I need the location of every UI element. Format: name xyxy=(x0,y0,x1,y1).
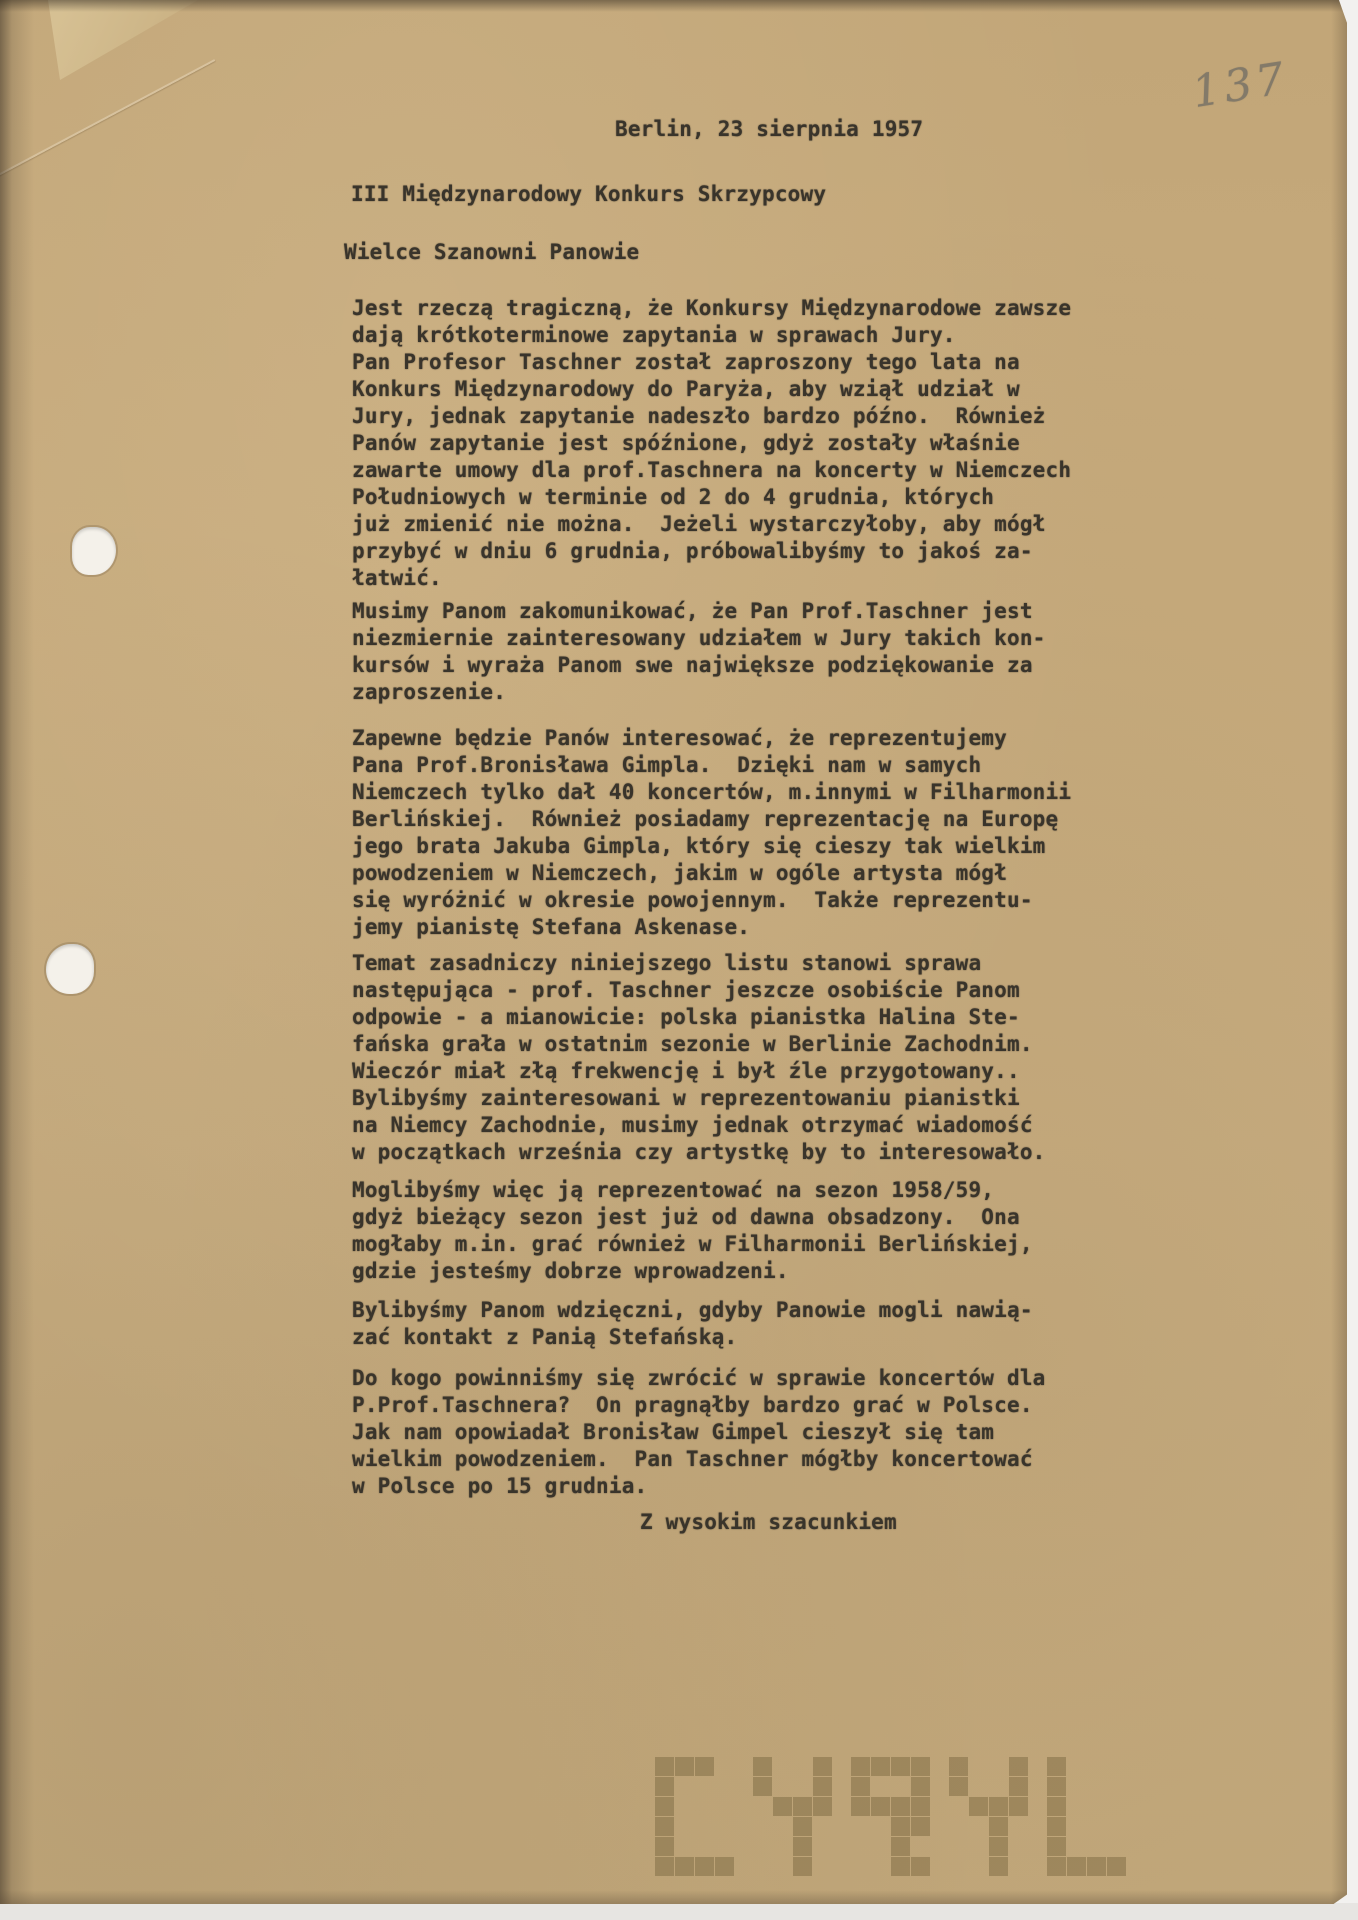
text-line: jego brata Jakuba Gimpla, który się cies… xyxy=(352,833,1071,860)
text-line: mogłaby m.in. grać również w Filharmonii… xyxy=(352,1231,1033,1258)
paper-edge-bottom xyxy=(0,1890,1347,1904)
text-line: jemy pianistę Stefana Askenase. xyxy=(352,914,1071,941)
punch-hole xyxy=(72,527,116,575)
text-line: Bylibyśmy zainteresowani w reprezentowan… xyxy=(352,1085,1046,1112)
watermark-letter xyxy=(753,1757,832,1876)
text-line: zać kontakt z Panią Stefańską. xyxy=(352,1324,1033,1351)
text-line: się wyróżnić w okresie powojennym. Także… xyxy=(352,887,1071,914)
letter-paragraph: Bylibyśmy Panom wdzięczni, gdyby Panowie… xyxy=(352,1297,1033,1351)
paper-edge-left xyxy=(0,0,34,1904)
text-line: niezmiernie zainteresowany udziałem w Ju… xyxy=(352,625,1046,652)
text-line: Jak nam opowiadał Bronisław Gimpel ciesz… xyxy=(352,1419,1046,1446)
text-line: w Polsce po 15 grudnia. xyxy=(352,1473,1046,1500)
text-line: następująca - prof. Taschner jeszcze oso… xyxy=(352,977,1046,1004)
text-line: na Niemcy Zachodnie, musimy jednak otrzy… xyxy=(352,1112,1046,1139)
scanned-letter-page: { "document": { "page_number": "137", "d… xyxy=(0,0,1358,1920)
text-line: łatwić. xyxy=(352,565,1071,592)
letter-paper: 137 Berlin, 23 sierpnia 1957 III Międzyn… xyxy=(0,0,1347,1904)
text-line: Niemczech tylko dał 40 koncertów, m.inny… xyxy=(352,779,1071,806)
text-line: Do kogo powinniśmy się zwrócić w sprawie… xyxy=(352,1365,1046,1392)
text-line: zawarte umowy dla prof.Taschnera na konc… xyxy=(352,457,1071,484)
letter-paragraph: Jest rzeczą tragiczną, że Konkursy Międz… xyxy=(352,295,1071,592)
text-line: Południowych w terminie od 2 do 4 grudni… xyxy=(352,484,1071,511)
text-line: w początkach września czy artystkę by to… xyxy=(352,1139,1046,1166)
letter-paragraph: Zapewne będzie Panów interesować, że rep… xyxy=(352,725,1071,941)
text-line: zaproszenie. xyxy=(352,679,1046,706)
text-line: Jury, jednak zapytanie nadeszło bardzo p… xyxy=(352,403,1071,430)
text-line: wielkim powodzeniem. Pan Taschner mógłby… xyxy=(352,1446,1046,1473)
text-line: przybyć w dniu 6 grudnia, próbowalibyśmy… xyxy=(352,538,1071,565)
text-line: Zapewne będzie Panów interesować, że rep… xyxy=(352,725,1071,752)
letter-paragraph: Temat zasadniczy niniejszego listu stano… xyxy=(352,950,1046,1166)
text-line: Berlińskiej. Również posiadamy reprezent… xyxy=(352,806,1071,833)
text-line: dają krótkoterminowe zapytania w sprawac… xyxy=(352,322,1071,349)
paper-crease xyxy=(0,59,215,183)
text-line: P.Prof.Taschnera? On pragnąłby bardzo gr… xyxy=(352,1392,1046,1419)
watermark-letter xyxy=(949,1757,1028,1876)
text-line: kursów i wyraża Panom swe największe pod… xyxy=(352,652,1046,679)
closing-line: Z wysokim szacunkiem xyxy=(640,1509,897,1536)
text-line: Jest rzeczą tragiczną, że Konkursy Międz… xyxy=(352,295,1071,322)
text-line: Pana Prof.Bronisława Gimpla. Dzięki nam … xyxy=(352,752,1071,779)
text-line: Moglibyśmy więc ją reprezentować na sezo… xyxy=(352,1177,1033,1204)
subject-line: III Międzynarodowy Konkurs Skrzypcowy xyxy=(351,181,826,208)
text-line: gdzie jesteśmy dobrze wprowadzeni. xyxy=(352,1258,1033,1285)
text-line: Konkurs Międzynarodowy do Paryża, aby wz… xyxy=(352,376,1071,403)
paper-edge-top xyxy=(0,0,1347,12)
paper-corner-fold xyxy=(48,0,198,80)
watermark-letter xyxy=(655,1757,734,1876)
text-line: fańska grała w ostatnim sezonie w Berlin… xyxy=(352,1031,1046,1058)
letter-paragraph: Do kogo powinniśmy się zwrócić w sprawie… xyxy=(352,1365,1046,1500)
handwritten-page-number: 137 xyxy=(1189,49,1316,118)
text-line: Bylibyśmy Panom wdzięczni, gdyby Panowie… xyxy=(352,1297,1033,1324)
text-line: gdyż bieżący sezon jest już od dawna obs… xyxy=(352,1204,1033,1231)
text-line: Musimy Panom zakomunikować, że Pan Prof.… xyxy=(352,598,1046,625)
letter-paragraph: Musimy Panom zakomunikować, że Pan Prof.… xyxy=(352,598,1046,706)
paper-edge-right xyxy=(1331,0,1347,1904)
watermark-letter xyxy=(851,1757,930,1876)
text-line: Wieczór miał złą frekwencję i był źle pr… xyxy=(352,1058,1046,1085)
cyryl-watermark xyxy=(655,1757,1126,1876)
letter-paragraph: Moglibyśmy więc ją reprezentować na sezo… xyxy=(352,1177,1033,1285)
text-line: Panów zapytanie jest spóźnione, gdyż zos… xyxy=(352,430,1071,457)
text-line: Temat zasadniczy niniejszego listu stano… xyxy=(352,950,1046,977)
scanner-background xyxy=(0,1903,1358,1920)
text-line: Pan Profesor Taschner został zaproszony … xyxy=(352,349,1071,376)
salutation: Wielce Szanowni Panowie xyxy=(344,239,639,266)
text-line: odpowie - a mianowicie: polska pianistka… xyxy=(352,1004,1046,1031)
watermark-letter xyxy=(1047,1757,1126,1876)
punch-hole xyxy=(46,944,94,994)
text-line: powodzeniem w Niemczech, jakim w ogóle a… xyxy=(352,860,1071,887)
text-line: już zmienić nie można. Jeżeli wystarczył… xyxy=(352,511,1071,538)
date-line: Berlin, 23 sierpnia 1957 xyxy=(615,116,923,143)
